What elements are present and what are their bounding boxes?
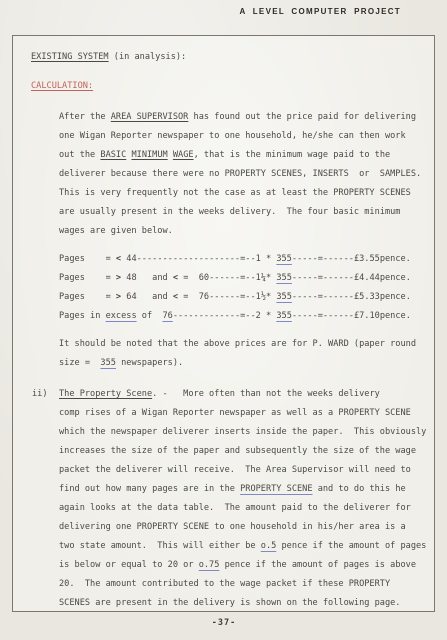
text-segment: -------------=--2 *: [173, 311, 276, 321]
document-line: This is very frequently not the case as …: [13, 184, 434, 203]
list-item-label: ii): [32, 385, 59, 404]
underlined-text: 355: [276, 311, 292, 321]
text-segment: deliverer because there were no PROPERTY…: [59, 169, 421, 179]
page-number: -37-: [12, 618, 436, 628]
document-line: 20. The amount contributed to the wage p…: [13, 575, 434, 594]
text-segment: Pages =: [59, 254, 116, 264]
text-segment: pence if the amount of pages is above: [219, 560, 416, 570]
text-segment: one Wigan Reporter newspaper to one hous…: [59, 131, 406, 141]
content-frame: EXISTING SYSTEM (in analysis):CALCULATIO…: [12, 35, 435, 612]
document-line: SCENES are present in the delivery is sh…: [13, 594, 434, 613]
document-line: After the AREA SUPERVISOR has found out …: [13, 108, 434, 127]
text-segment: Pages =: [59, 292, 116, 302]
underlined-text: 355: [276, 292, 292, 302]
text-segment: pence if the amount of pages: [276, 541, 426, 551]
underlined-text: WAGE: [173, 150, 194, 160]
text-segment: of: [137, 311, 163, 321]
text-segment: -----=------£7.10pence.: [292, 311, 411, 321]
text-segment: It should be noted that the above prices…: [59, 339, 416, 349]
underlined-text: 355: [100, 358, 116, 368]
text-segment: 64 and: [121, 292, 173, 302]
text-segment: size =: [59, 358, 100, 368]
text-segment: again looks at the data table. The amoun…: [59, 503, 411, 513]
text-segment: SCENES are present in the delivery is sh…: [59, 598, 400, 608]
document-line: packet the deliverer will receive. The A…: [13, 461, 434, 480]
text-segment: Pages in: [59, 311, 106, 321]
document-line: which the newspaper deliverer inserts in…: [13, 423, 434, 442]
document-line: out the BASIC MINIMUM WAGE, that is the …: [13, 146, 434, 165]
text-segment: find out how many pages are in the: [59, 484, 240, 494]
document-page: A LEVEL COMPUTER PROJECT EXISTING SYSTEM…: [0, 0, 447, 640]
document-line: increases the size of the paper and subs…: [13, 442, 434, 461]
text-segment: increases the size of the paper and subs…: [59, 446, 416, 456]
text-segment: 44--------------------=--1 *: [121, 254, 276, 264]
document-line: find out how many pages are in the PROPE…: [13, 480, 434, 499]
document-line: ii)The Property Scene. - More often than…: [13, 385, 434, 404]
text-segment: are usually present in the weeks deliver…: [59, 207, 400, 217]
document-line: again looks at the data table. The amoun…: [13, 499, 434, 518]
underlined-text: o.5: [261, 541, 277, 551]
document-line: is below or equal to 20 or o.75 pence if…: [13, 556, 434, 575]
text-segment: out the: [59, 150, 100, 160]
document-line: are usually present in the weeks deliver…: [13, 203, 434, 222]
text-segment: After the: [59, 112, 111, 122]
underlined-text: 355: [276, 254, 292, 264]
text-segment: -----=------£3.55pence.: [292, 254, 411, 264]
text-segment: two state amount. This will either be: [59, 541, 261, 551]
text-segment: delivering one PROPERTY SCENE to one hou…: [59, 522, 406, 532]
document-line: one Wigan Reporter newspaper to one hous…: [13, 127, 434, 146]
text-segment: newspapers).: [116, 358, 183, 368]
text-segment: packet the deliverer will receive. The A…: [59, 465, 411, 475]
document-line: It should be noted that the above prices…: [13, 335, 434, 354]
underlined-text: BASIC: [100, 150, 126, 160]
text-segment: Pages =: [59, 273, 116, 283]
document-line: CALCULATION:: [13, 77, 434, 96]
document-line: EXISTING SYSTEM (in analysis):: [13, 48, 434, 67]
document-line: wages are given below.: [13, 222, 434, 241]
text-segment: wages are given below.: [59, 226, 173, 236]
text-segment: and to do this he: [313, 484, 406, 494]
text-segment: 20. The amount contributed to the wage p…: [59, 579, 390, 589]
document-line: Pages = > 64 and < = 76------=--1½* 355-…: [13, 288, 434, 307]
text-segment: = 76------=--1½*: [178, 292, 276, 302]
document-line: Pages = > 48 and < = 60------=--1¼* 355-…: [13, 269, 434, 288]
text-segment: This is very frequently not the case as …: [59, 188, 411, 198]
underlined-text: The Property Scene: [59, 389, 152, 399]
document-line: Pages = < 44--------------------=--1 * 3…: [13, 250, 434, 269]
underlined-text: MINIMUM: [131, 150, 167, 160]
underlined-text: EXISTING SYSTEM: [31, 52, 109, 62]
underlined-text: AREA SUPERVISOR: [111, 112, 189, 122]
text-segment: has found out the price paid for deliver…: [188, 112, 416, 122]
underlined-text: o.75: [199, 560, 220, 570]
document-line: delivering one PROPERTY SCENE to one hou…: [13, 518, 434, 537]
underlined-text: 355: [276, 273, 292, 283]
text-segment: -----=------£5.33pence.: [292, 292, 411, 302]
text-segment: which the newspaper deliverer inserts in…: [59, 427, 426, 437]
text-segment: is below or equal to 20 or: [59, 560, 199, 570]
text-segment: = 60------=--1¼*: [178, 273, 276, 283]
text-segment: 48 and: [121, 273, 173, 283]
underlined-text: PROPERTY SCENE: [240, 484, 312, 494]
document-line: Pages in excess of 76-------------=--2 *…: [13, 307, 434, 326]
underlined-text: 76: [163, 311, 173, 321]
document-body: EXISTING SYSTEM (in analysis):CALCULATIO…: [13, 36, 434, 613]
document-line: two state amount. This will either be o.…: [13, 537, 434, 556]
document-line: size = 355 newspapers).: [13, 354, 434, 373]
document-line: comp rises of a Wigan Reporter newspaper…: [13, 404, 434, 423]
page-header-title: A LEVEL COMPUTER PROJECT: [239, 7, 401, 16]
underlined-text: excess: [106, 311, 137, 321]
text-segment: . - More often than not the weeks delive…: [152, 389, 380, 399]
text-segment: comp rises of a Wigan Reporter newspaper…: [59, 408, 411, 418]
document-line: deliverer because there were no PROPERTY…: [13, 165, 434, 184]
underlined-text: CALCULATION:: [31, 81, 93, 91]
text-segment: , that is the minimum wage paid to the: [194, 150, 391, 160]
text-segment: (in analysis):: [109, 52, 187, 62]
text-segment: -----=------£4.44pence.: [292, 273, 411, 283]
